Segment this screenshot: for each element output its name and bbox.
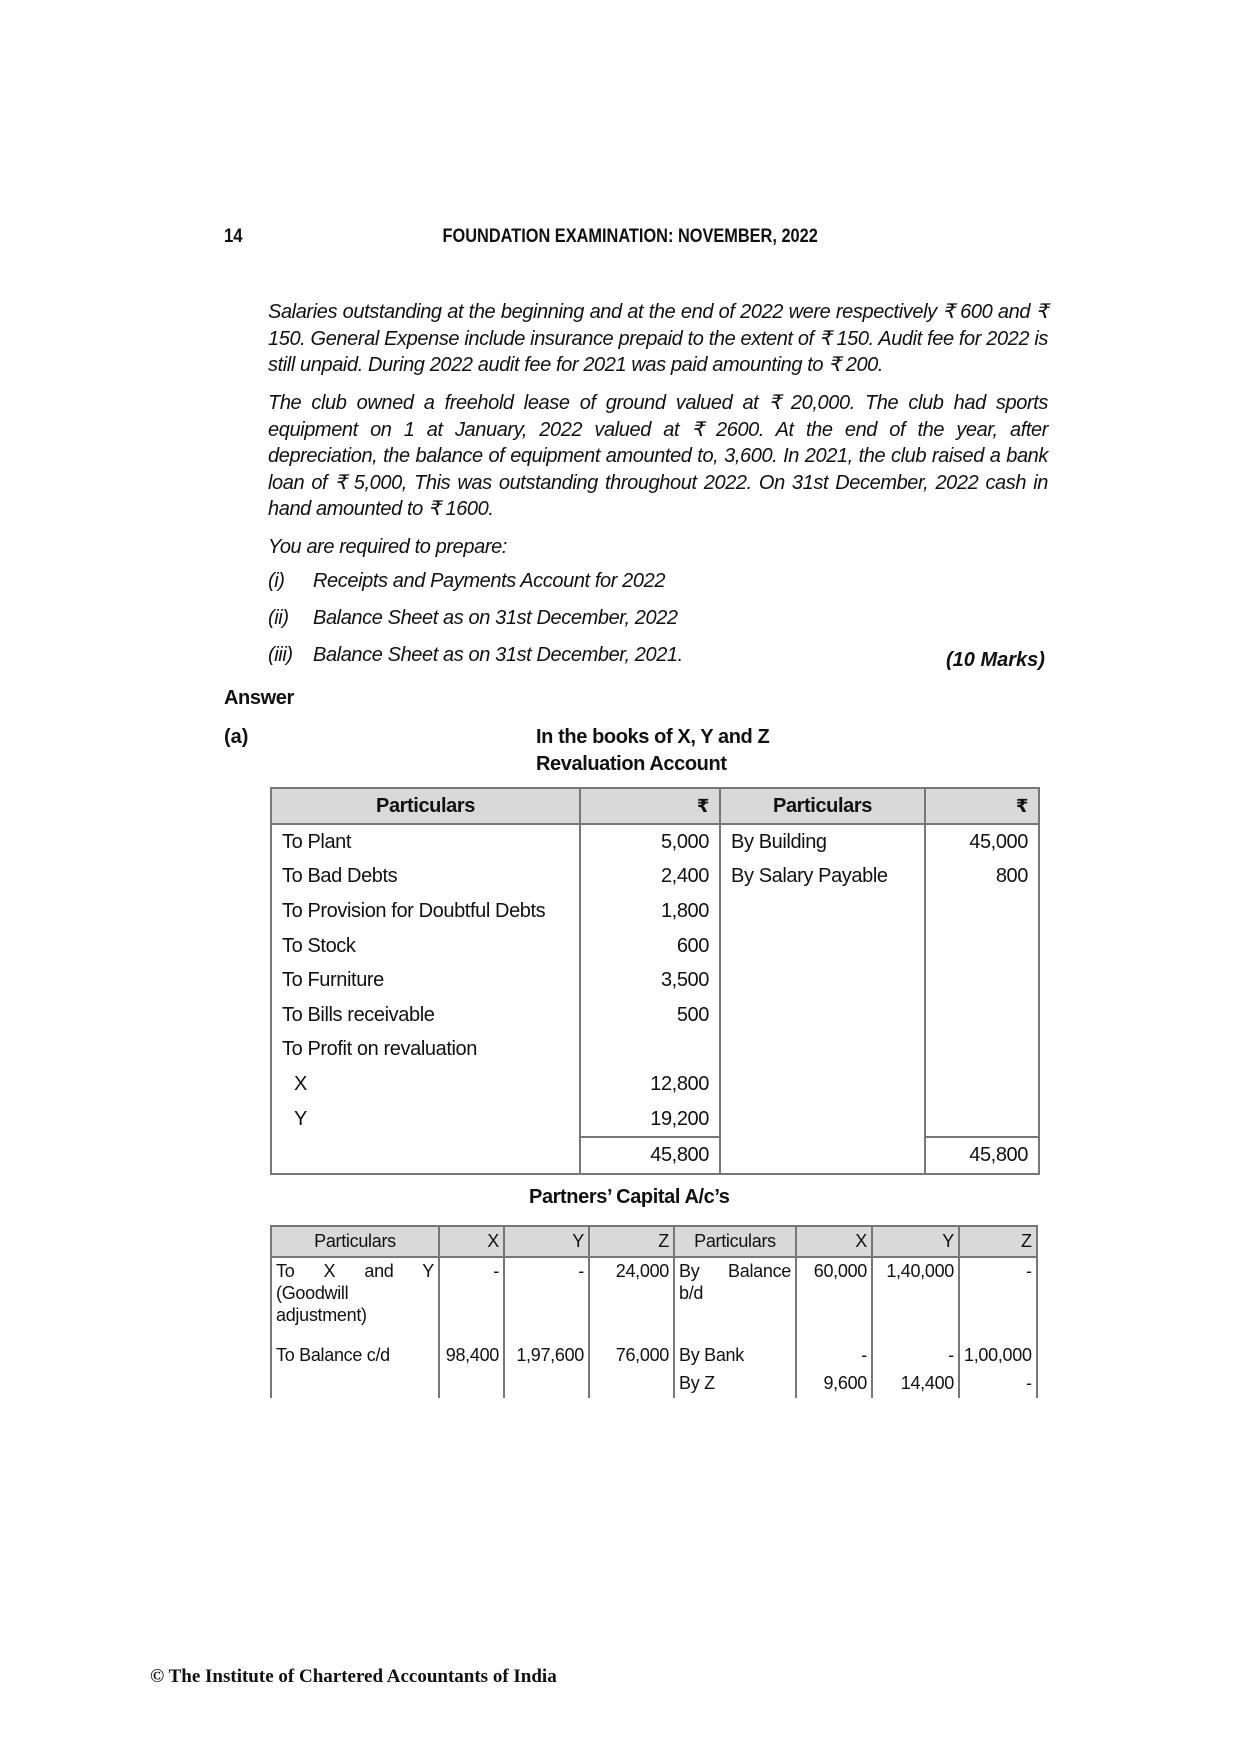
dr-amount: 600 <box>580 929 720 964</box>
cr-z: - <box>959 1370 1037 1398</box>
paragraph-text: Salaries outstanding at the beginning an… <box>268 299 1048 379</box>
requirement-item: (iii)Balance Sheet as on 31st December, … <box>268 644 683 667</box>
account-heading: Revaluation Account <box>536 753 727 776</box>
paragraph-text: You are required to prepare: <box>268 534 1048 561</box>
dr-z <box>589 1370 674 1398</box>
cr-amount: 800 <box>925 860 1039 895</box>
dr-amount: 5,000 <box>580 824 720 860</box>
dr-particular: To Stock <box>271 929 580 964</box>
header-y-dr: Y <box>504 1226 589 1257</box>
cr-particular: By Salary Payable <box>720 860 925 895</box>
cr-y: 14,400 <box>872 1370 959 1398</box>
table-row: By Z 9,600 14,400 - <box>271 1370 1037 1398</box>
dr-particular: To Furniture <box>271 963 580 998</box>
cr-particular: By Bank <box>674 1342 796 1370</box>
dr-amount: 3,500 <box>580 963 720 998</box>
dr-particular: To Balance c/d <box>271 1342 439 1370</box>
cr-amount <box>925 894 1039 929</box>
cr-particular <box>720 1102 925 1138</box>
dr-particular: Y <box>271 1102 580 1138</box>
dr-y: 1,97,600 <box>504 1342 589 1370</box>
dr-amount: 500 <box>580 998 720 1033</box>
header-z-dr: Z <box>589 1226 674 1257</box>
cr-particular <box>720 963 925 998</box>
cr-amount <box>925 1033 1039 1068</box>
dr-z: 76,000 <box>589 1342 674 1370</box>
question-paragraph-1: Salaries outstanding at the beginning an… <box>268 299 1048 379</box>
requirement-number: (ii) <box>268 607 313 630</box>
revaluation-account-table: Particulars ₹ Particulars ₹ To Plant 5,0… <box>270 787 1040 1175</box>
dr-amount: 1,800 <box>580 894 720 929</box>
table-row: To Plant 5,000 By Building 45,000 <box>271 824 1039 860</box>
table-header-row: Particulars ₹ Particulars ₹ <box>271 788 1039 824</box>
table-row: To Balance c/d 98,400 1,97,600 76,000 By… <box>271 1342 1037 1370</box>
cr-particular <box>720 998 925 1033</box>
dr-x: - <box>439 1257 504 1342</box>
answer-label: Answer <box>224 687 294 710</box>
cr-amount <box>925 1067 1039 1102</box>
cr-x: 60,000 <box>796 1257 872 1342</box>
capital-heading: Partners’ Capital A/c’s <box>529 1186 730 1209</box>
table-row: To Provision for Doubtful Debts 1,800 <box>271 894 1039 929</box>
total-label-cr <box>720 1137 925 1174</box>
cr-amount <box>925 963 1039 998</box>
cr-particular <box>720 1067 925 1102</box>
header-particulars-dr: Particulars <box>271 1226 439 1257</box>
paragraph-text: The club owned a freehold lease of groun… <box>268 390 1048 523</box>
dr-amount: 12,800 <box>580 1067 720 1102</box>
dr-particular: To Provision for Doubtful Debts <box>271 894 580 929</box>
dr-amount: 19,200 <box>580 1102 720 1138</box>
requirement-number: (i) <box>268 570 313 593</box>
requirement-text: Balance Sheet as on 31st December, 2021. <box>313 644 683 666</box>
cr-particular: By Z <box>674 1370 796 1398</box>
header-x-cr: X <box>796 1226 872 1257</box>
cr-x: - <box>796 1342 872 1370</box>
question-paragraph-2: The club owned a freehold lease of groun… <box>268 390 1048 523</box>
total-dr: 45,800 <box>580 1137 720 1174</box>
table-row: To X and Y (Goodwill adjustment) - - 24,… <box>271 1257 1037 1342</box>
table-row: To Stock 600 <box>271 929 1039 964</box>
dr-z: 24,000 <box>589 1257 674 1342</box>
running-header: FOUNDATION EXAMINATION: NOVEMBER, 2022 <box>0 226 1241 248</box>
table-row: Y 19,200 <box>271 1102 1039 1138</box>
cr-z: - <box>959 1257 1037 1342</box>
header-amount-dr: ₹ <box>580 788 720 824</box>
cr-particular: By Balance b/d <box>674 1257 796 1342</box>
requirement-text: Balance Sheet as on 31st December, 2022 <box>313 607 678 629</box>
dr-particular: To Bad Debts <box>271 860 580 895</box>
dr-y: - <box>504 1257 589 1342</box>
requirement-item: (i)Receipts and Payments Account for 202… <box>268 570 665 593</box>
question-paragraph-3: You are required to prepare: <box>268 534 1048 561</box>
cr-amount <box>925 1102 1039 1138</box>
cr-particular: By Building <box>720 824 925 860</box>
rupee-icon: ₹ <box>1016 796 1028 817</box>
cr-amount <box>925 998 1039 1033</box>
copyright-footer: © The Institute of Chartered Accountants… <box>150 1666 557 1688</box>
cr-y: - <box>872 1342 959 1370</box>
total-row: 45,800 45,800 <box>271 1137 1039 1174</box>
dr-particular: To X and Y (Goodwill adjustment) <box>271 1257 439 1342</box>
requirement-text: Receipts and Payments Account for 2022 <box>313 570 665 592</box>
cr-amount <box>925 929 1039 964</box>
books-heading: In the books of X, Y and Z <box>536 726 769 749</box>
header-x-dr: X <box>439 1226 504 1257</box>
requirement-number: (iii) <box>268 644 313 667</box>
dr-y <box>504 1370 589 1398</box>
requirement-item: (ii)Balance Sheet as on 31st December, 2… <box>268 607 678 630</box>
table-row: X 12,800 <box>271 1067 1039 1102</box>
dr-x <box>439 1370 504 1398</box>
dr-x: 98,400 <box>439 1342 504 1370</box>
dr-particular: X <box>271 1067 580 1102</box>
dr-particular <box>271 1370 439 1398</box>
part-label: (a) <box>224 726 248 749</box>
rupee-icon: ₹ <box>697 796 709 817</box>
dr-particular: To Bills receivable <box>271 998 580 1033</box>
total-label-dr <box>271 1137 580 1174</box>
header-z-cr: Z <box>959 1226 1037 1257</box>
table-row: To Furniture 3,500 <box>271 963 1039 998</box>
total-cr: 45,800 <box>925 1137 1039 1174</box>
marks-label: (10 Marks) <box>946 649 1045 672</box>
header-particulars-cr: Particulars <box>674 1226 796 1257</box>
cr-y: 1,40,000 <box>872 1257 959 1342</box>
table-header-row: Particulars X Y Z Particulars X Y Z <box>271 1226 1037 1257</box>
partners-capital-table: Particulars X Y Z Particulars X Y Z To X… <box>270 1225 1038 1398</box>
header-particulars-dr: Particulars <box>271 788 580 824</box>
dr-particular: To Profit on revaluation <box>271 1033 580 1068</box>
cr-amount: 45,000 <box>925 824 1039 860</box>
cr-particular <box>720 1033 925 1068</box>
header-amount-cr: ₹ <box>925 788 1039 824</box>
exam-title: FOUNDATION EXAMINATION: NOVEMBER, 2022 <box>443 226 818 248</box>
table-row: To Profit on revaluation <box>271 1033 1039 1068</box>
cr-z: 1,00,000 <box>959 1342 1037 1370</box>
dr-amount: 2,400 <box>580 860 720 895</box>
dr-particular: To Plant <box>271 824 580 860</box>
cr-x: 9,600 <box>796 1370 872 1398</box>
table-row: To Bad Debts 2,400 By Salary Payable 800 <box>271 860 1039 895</box>
cr-particular <box>720 929 925 964</box>
dr-amount <box>580 1033 720 1068</box>
table-row: To Bills receivable 500 <box>271 998 1039 1033</box>
cr-particular <box>720 894 925 929</box>
header-particulars-cr: Particulars <box>720 788 925 824</box>
header-y-cr: Y <box>872 1226 959 1257</box>
